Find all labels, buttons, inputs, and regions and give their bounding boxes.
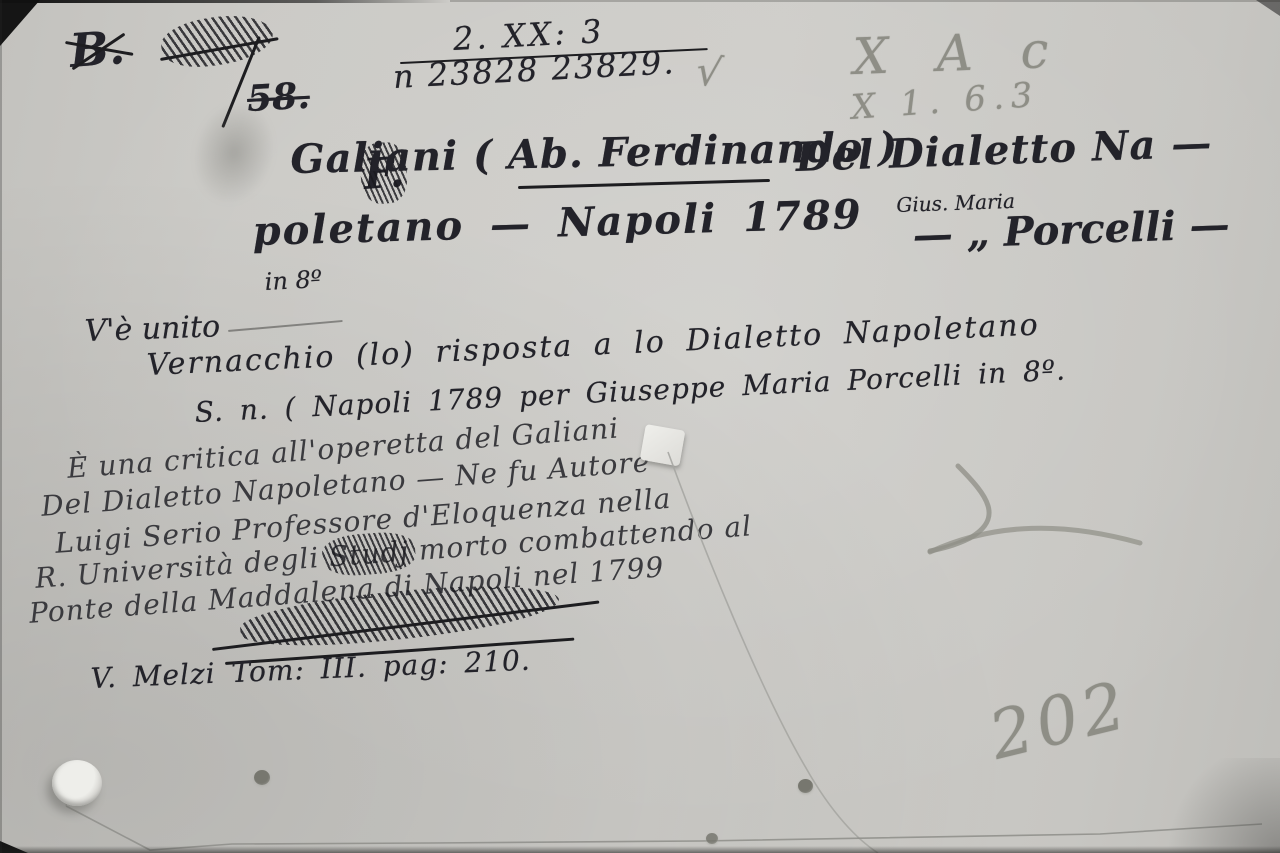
pen-rest-stroke bbox=[228, 320, 343, 332]
paper-patch bbox=[640, 424, 686, 466]
scan-edge-top bbox=[0, 0, 450, 3]
paren-flourish-stroke bbox=[518, 179, 770, 189]
entry-format: in 8º bbox=[264, 265, 323, 296]
pencil-curl-mark bbox=[930, 466, 989, 551]
attachment-heading: V'è unito bbox=[84, 309, 221, 349]
punch-hole-large bbox=[52, 760, 102, 806]
entry-title-line2: poletano — Napoli 1789 bbox=[252, 191, 863, 255]
pencil-check-mark: √ bbox=[693, 48, 725, 97]
cancelled-shelf-letter: B. bbox=[68, 20, 127, 78]
scan-shadow-bottom-right bbox=[1150, 758, 1280, 853]
scan-corner-top-left bbox=[0, 0, 40, 46]
card-bottom-edge bbox=[66, 806, 1262, 850]
punch-hole-small-1 bbox=[254, 770, 270, 785]
note-line4-cancelled-word: Studj bbox=[328, 535, 410, 574]
punch-hole-small-2 bbox=[798, 779, 813, 793]
scan-edge-top-faint bbox=[450, 0, 1280, 2]
pencil-curl-tail bbox=[930, 528, 1140, 552]
catalogue-card-scan: B. 58. 2. XX: 3 n 23828 23829. √ X A c X… bbox=[0, 0, 1280, 853]
pencil-folio-number: 202 bbox=[982, 666, 1137, 775]
inventory-numbers: n 23828 23829. bbox=[392, 43, 676, 96]
scan-edge-bottom bbox=[0, 846, 1280, 853]
scan-corner-top-right bbox=[1256, 0, 1280, 16]
scan-edge-left bbox=[0, 0, 2, 853]
reference-citation: V. Melzi Tom: III. pag: 210. bbox=[90, 644, 531, 695]
punch-hole-small-3 bbox=[706, 833, 718, 844]
graphite-smudge bbox=[183, 92, 286, 213]
entry-publisher: — „ Porcelli — bbox=[912, 201, 1230, 259]
